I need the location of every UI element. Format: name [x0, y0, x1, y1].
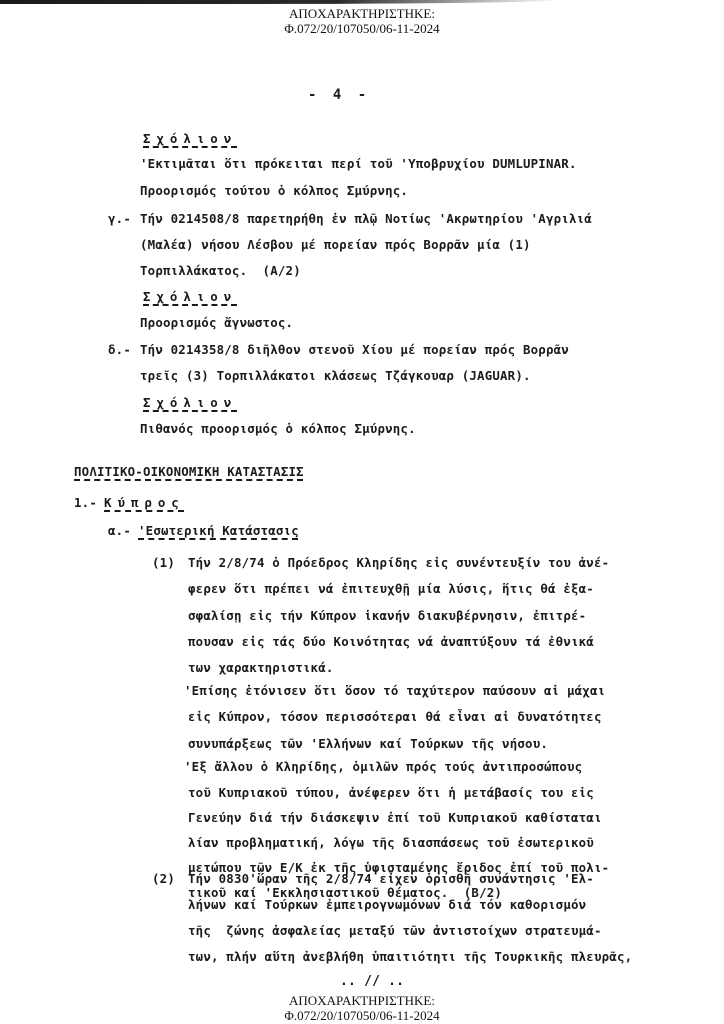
entry-line: Τήν 0830'ὥραν τῆς 2/8/74 εἶχεν ὁρισθῆ συ… — [188, 872, 594, 886]
sub-title-internal-situation: 'Εσωτερική Κατάστασις — [138, 524, 299, 538]
item-marker-delta: δ.- — [108, 343, 131, 357]
item-line: (Μαλέα) νήσου Λέσβου μέ πορείαν πρός Βορ… — [140, 238, 531, 252]
entry-line: εἰς Κύπρον, τόσον περισσότεραι θά εἶναι … — [188, 710, 602, 724]
entry-line: φερεν ὅτι πρέπει νά ἐπιτευχθῇ μία λύσις,… — [188, 582, 594, 596]
entry-line: των, πλήν αὕτη ἀνεβλήθη ὑπαιτιότητι τῆς … — [188, 950, 632, 964]
continuation-mark: .. // .. — [340, 975, 404, 989]
item-marker-1: 1.- — [74, 496, 97, 510]
entry-line: τῆς ζώνης ἀσφαλείας μεταξύ τῶν ἀντιστοίχ… — [188, 924, 602, 938]
comment-heading: Σχόλιον — [143, 290, 237, 304]
comment-line: Προορισμός ἄγνωστος. — [140, 316, 293, 330]
comment-heading: Σχόλιον — [143, 396, 237, 410]
scan-edge-artifact — [0, 0, 560, 4]
page-number: - 4 - — [308, 88, 370, 102]
item-title-cyprus: Κύπρος — [104, 496, 185, 510]
comment-line: 'Εκτιμᾶται ὅτι πρόκειται περί τοῦ 'Υποβρ… — [140, 157, 577, 171]
entry-line: συνυπάρξεως τῶν 'Ελλήνων καί Τούρκων τῆς… — [188, 737, 548, 751]
entry-line: των χαρακτηριστικά. — [188, 661, 334, 675]
stamp-reference: Φ.072/20/107050/06-11-2024 — [0, 1008, 724, 1023]
section-heading: ΠΟΛΙΤΙΚΟ-ΟΙΚΟΝΟΜΙΚΗ ΚΑΤΑΣΤΑΣΙΣ — [74, 465, 304, 479]
declassification-stamp-top: ΑΠΟΧΑΡΑΚΤΗΡΙΣΤΗΚΕ: Φ.072/20/107050/06-11… — [0, 6, 724, 36]
entry-marker: (1) — [152, 556, 175, 570]
declassification-stamp-bottom: ΑΠΟΧΑΡΑΚΤΗΡΙΣΤΗΚΕ: Φ.072/20/107050/06-11… — [0, 993, 724, 1023]
item-line: Τήν 0214358/8 διῆλθον στενοῦ Χίου μέ πορ… — [140, 343, 569, 357]
item-line: Τορπιλλάκατος. (Α/2) — [140, 264, 301, 278]
entry-marker-2: (2) — [152, 872, 175, 886]
stamp-label: ΑΠΟΧΑΡΑΚΤΗΡΙΣΤΗΚΕ: — [0, 6, 724, 21]
entry-line: πουσαν εἰς τάς δύο Κοινότητας νά ἀναπτύξ… — [188, 635, 594, 649]
comment-heading: Σχόλιον — [143, 132, 237, 146]
entry-line: 'Επίσης ἐτόνισεν ὅτι ὅσον τό ταχύτερον π… — [184, 684, 605, 698]
entry-line: Τήν 2/8/74 ὁ Πρόεδρος Κληρίδης εἰς συνέν… — [188, 556, 609, 570]
item-line: Τήν 0214508/8 παρετηρήθη ἐν πλῷ Νοτίως '… — [140, 212, 592, 226]
entry-line: 'Εξ ἄλλου ὁ Κληρίδης, ὁμιλῶν πρός τούς ἀ… — [184, 760, 582, 774]
entry-line: τοῦ Κυπριακοῦ τύπου, ἀνέφερεν ὅτι ἡ μετά… — [188, 786, 594, 800]
item-marker-gamma: γ.- — [108, 212, 131, 226]
entry-line: σφαλίσῃ εἰς τήν Κύπρον ἱκανήν διακυβέρνη… — [188, 609, 586, 623]
sub-marker-alpha: α.- — [108, 524, 131, 538]
stamp-label: ΑΠΟΧΑΡΑΚΤΗΡΙΣΤΗΚΕ: — [0, 993, 724, 1008]
comment-line: Πιθανός προορισμός ὁ κόλπος Σμύρνης. — [140, 422, 416, 436]
comment-line: Προορισμός τούτου ὁ κόλπος Σμύρνης. — [140, 184, 408, 198]
entry-line: λίαν προβληματική, λόγω τῆς διασπάσεως τ… — [188, 836, 594, 850]
entry-line: λήνων καί Τούρκων ἐμπειρογνωμόνων διά τό… — [188, 898, 586, 912]
entry-line: Γενεύην διά τήν διάσκεψιν ἐπί τοῦ Κυπρια… — [188, 811, 602, 825]
item-line: τρεῖς (3) Τορπιλλάκατοι κλάσεως Τζάγκουα… — [140, 369, 531, 383]
stamp-reference: Φ.072/20/107050/06-11-2024 — [0, 21, 724, 36]
